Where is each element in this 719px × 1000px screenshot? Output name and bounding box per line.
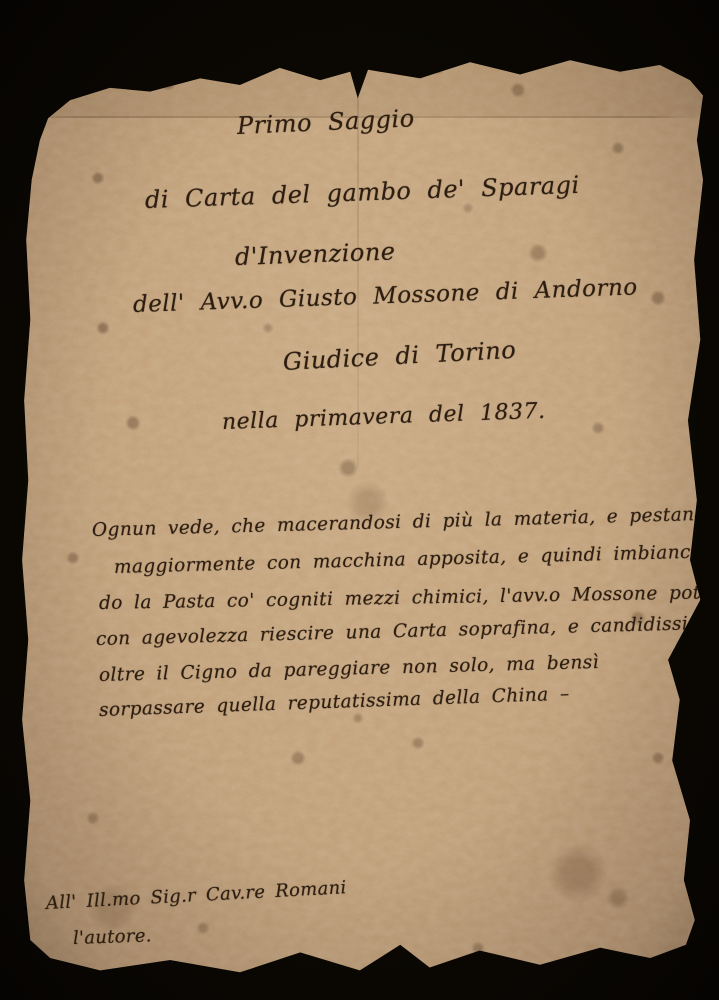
paper-texture — [18, 28, 703, 978]
dedication-line-1: All' Ill.mo Sig.r Cav.re Romani — [45, 877, 347, 914]
body-line-4: con agevolezza riescire una Carta sopraf… — [96, 613, 718, 650]
title-line-2: di Carta del gambo de' Sparagi — [145, 171, 581, 214]
dedication-line-2: l'autore. — [73, 925, 152, 949]
folded-deckle-strip — [18, 28, 703, 116]
page-number: 1 — [352, 42, 362, 60]
body-line-5: oltre il Cigno da pareggiare non solo, m… — [99, 652, 599, 686]
foxing-stains — [18, 28, 703, 978]
title-line-4: dell' Avv.o Giusto Mossone di Andorno — [133, 274, 639, 318]
title-line-5: Giudice di Torino — [282, 336, 517, 376]
body-line-3: do la Pasta co' cogniti mezzi chimici, l… — [99, 582, 719, 614]
title-line-3: d'Invenzione — [235, 237, 396, 271]
edge-vignette — [18, 28, 703, 978]
manuscript-page: 1 Primo Saggio di Carta del gambo de' Sp… — [18, 28, 703, 978]
body-line-6: sorpassare quella reputatissima della Ch… — [99, 684, 570, 721]
title-line-1: Primo Saggio — [236, 104, 415, 140]
photo-background: 1 Primo Saggio di Carta del gambo de' Sp… — [0, 0, 719, 1000]
body-line-2: maggiormente con macchina apposita, e qu… — [114, 541, 719, 578]
body-line-1: Ognun vede, che macerandosi di più la ma… — [92, 503, 719, 541]
title-line-6: nella primavera del 1837. — [222, 399, 546, 435]
